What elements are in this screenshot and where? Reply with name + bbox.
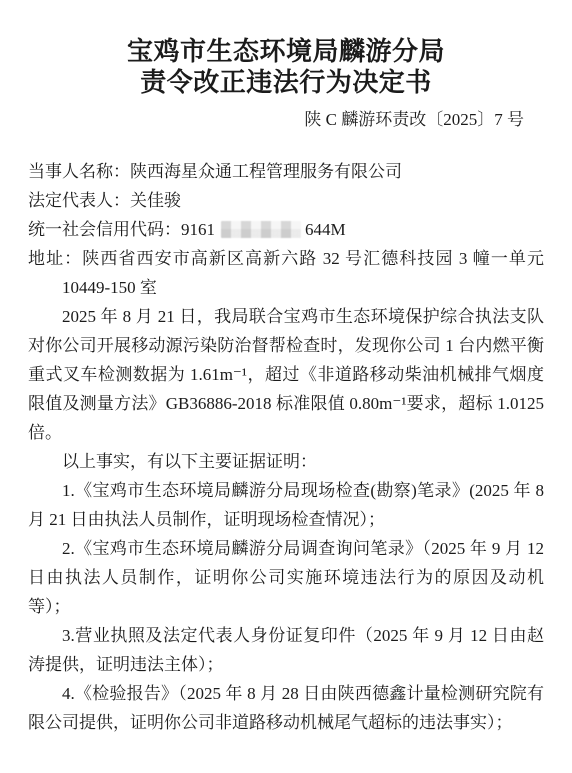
- address-label: 地址：: [28, 249, 82, 268]
- legal-rep-label: 法定代表人：: [28, 191, 130, 210]
- address-value: 陕西省西安市高新区高新六路 32 号汇德科技园 3 幢一单元 10449-150…: [62, 249, 544, 297]
- evidence-item: 2.《宝鸡市生态环境局麟游分局调查询问笔录》（2025 年 9 月 12 日由执…: [28, 534, 544, 621]
- title-line-1: 宝鸡市生态环境局麟游分局: [28, 36, 544, 67]
- party-name-value: 陕西海星众通工程管理服务有限公司: [130, 162, 402, 181]
- evidence-intro: 以上事实，有以下主要证据证明：: [28, 447, 544, 476]
- document-body: 2025 年 8 月 21 日，我局联合宝鸡市生态环境保护综合执法支队对你公司开…: [28, 302, 544, 737]
- evidence-item: 1.《宝鸡市生态环境局麟游分局现场检查(勘察)笔录》(2025 年 8 月 21…: [28, 476, 544, 534]
- evidence-item: 4.《检验报告》（2025 年 8 月 28 日由陕西德鑫计量检测研究院有限公司…: [28, 679, 544, 737]
- evidence-item: 3.营业执照及法定代表人身份证复印件（2025 年 9 月 12 日由赵涛提供，…: [28, 621, 544, 679]
- document-page: 宝鸡市生态环境局麟游分局 责令改正违法行为决定书 陕 C 麟游环责改〔2025〕…: [0, 0, 572, 773]
- credit-code-label: 统一社会信用代码：: [28, 220, 181, 239]
- document-title: 宝鸡市生态环境局麟游分局 责令改正违法行为决定书: [28, 36, 544, 98]
- credit-code-suffix: 644M: [305, 220, 346, 239]
- legal-rep-row: 法定代表人：关佳骏: [28, 186, 544, 215]
- address-row: 地址：陕西省西安市高新区高新六路 32 号汇德科技园 3 幢一单元 10449-…: [28, 244, 544, 302]
- legal-rep-value: 关佳骏: [130, 191, 181, 210]
- credit-code-prefix: 9161: [181, 220, 215, 239]
- title-line-2: 责令改正违法行为决定书: [28, 67, 544, 98]
- party-name-row: 当事人名称：陕西海星众通工程管理服务有限公司: [28, 157, 544, 186]
- credit-code-redaction: [221, 221, 301, 238]
- credit-code-row: 统一社会信用代码：9161644M: [28, 215, 544, 244]
- party-name-label: 当事人名称：: [28, 162, 130, 181]
- party-info: 当事人名称：陕西海星众通工程管理服务有限公司 法定代表人：关佳骏 统一社会信用代…: [28, 157, 544, 302]
- fact-paragraph: 2025 年 8 月 21 日，我局联合宝鸡市生态环境保护综合执法支队对你公司开…: [28, 302, 544, 447]
- doc-number: 陕 C 麟游环责改〔2025〕7 号: [28, 105, 544, 134]
